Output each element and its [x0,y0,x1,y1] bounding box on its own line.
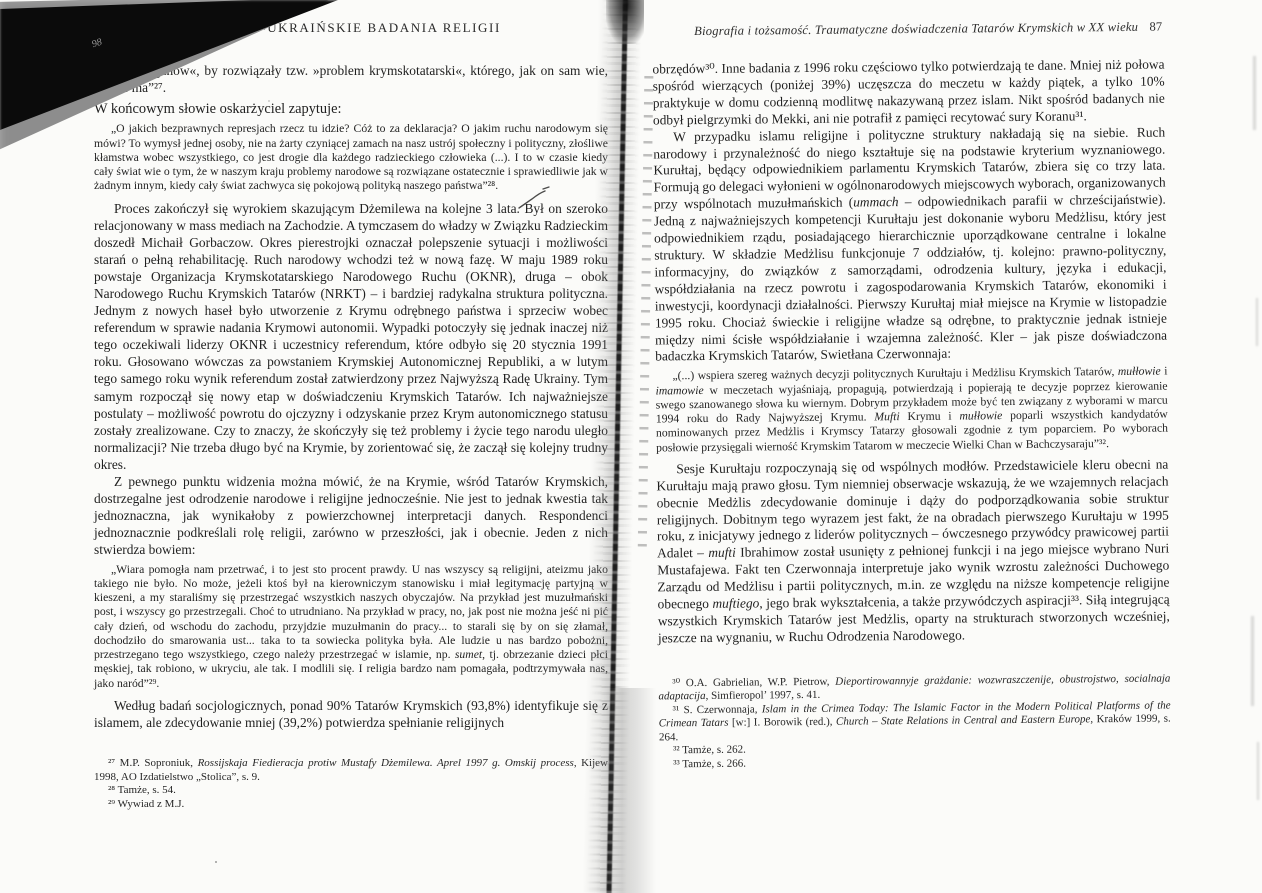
scanned-book-spread: { "scan": { "handwritten_note": "98", "r… [0,0,1262,893]
block-quote: „O jakich bezprawnych represjach rzecz t… [94,122,608,193]
block-quote: „(...) wspiera szereg ważnych decyzji po… [655,365,1168,455]
left-page-body: nych organów«, by rozwiązały tzw. »probl… [94,62,608,731]
body-paragraph: Z pewnego punktu widzenia można mówić, ż… [94,473,608,558]
body-paragraph: Proces zakończył się wyrokiem skazującym… [94,200,608,474]
scan-edge-streak [1256,298,1258,346]
right-page-body: obrzędów³⁰. Inne badania z 1996 roku czę… [652,57,1170,648]
body-paragraph: obrzędów³⁰. Inne badania z 1996 roku czę… [652,57,1165,130]
binding-top-blob [606,0,644,44]
page-number: 87 [1149,20,1162,35]
right-header-title: Biografia i tożsamość. Traumatyczne dośw… [694,20,1138,38]
block-quote: „Wiara pomogła nam przetrwać, i to jest … [94,563,608,691]
right-page: Biografia i tożsamość. Traumatyczne dośw… [652,14,1171,772]
body-paragraph: Według badań socjologicznych, ponad 90% … [94,697,608,731]
scan-edge-streak [1253,56,1256,130]
scan-edge-streak [1251,616,1254,706]
scan-speck [268,100,270,102]
right-running-header: Biografia i tożsamość. Traumatyczne dośw… [652,20,1164,40]
footnote: ²⁸ Tamże, s. 54. [94,784,608,798]
body-paragraph: Sesje Kurułtaju rozpoczynają się od wspó… [656,456,1170,647]
left-page: POLSKO-UKRAIŃSKIE BADANIA RELIGII nych o… [94,20,608,812]
footnote: ³¹ S. Czerwonnaja, Islam in the Crimea T… [659,699,1171,744]
footnote: ²⁷ M.P. Soproniuk, Rossijskaja Fiedierac… [94,757,608,784]
body-paragraph: nych organów«, by rozwiązały tzw. »probl… [112,62,608,96]
pen-mark-annotation [514,184,552,212]
binding-bottom-mottle [606,688,656,893]
scan-edge-streak [1257,742,1259,800]
footnote: ²⁹ Wywiad z M.J. [94,798,608,812]
left-footnotes: ²⁷ M.P. Soproniuk, Rossijskaja Fiedierac… [94,757,608,812]
body-paragraph: W końcowym słowie oskarżyciel zapytuje: [94,101,608,118]
scan-speck [215,861,217,863]
body-paragraph: W przypadku islamu religijne i polityczn… [653,124,1167,366]
right-footnotes: ³⁰ O.A. Gabrielian, W.P. Pietrow, Diepor… [658,672,1171,771]
binding-dash-artifacts [638,76,654,556]
